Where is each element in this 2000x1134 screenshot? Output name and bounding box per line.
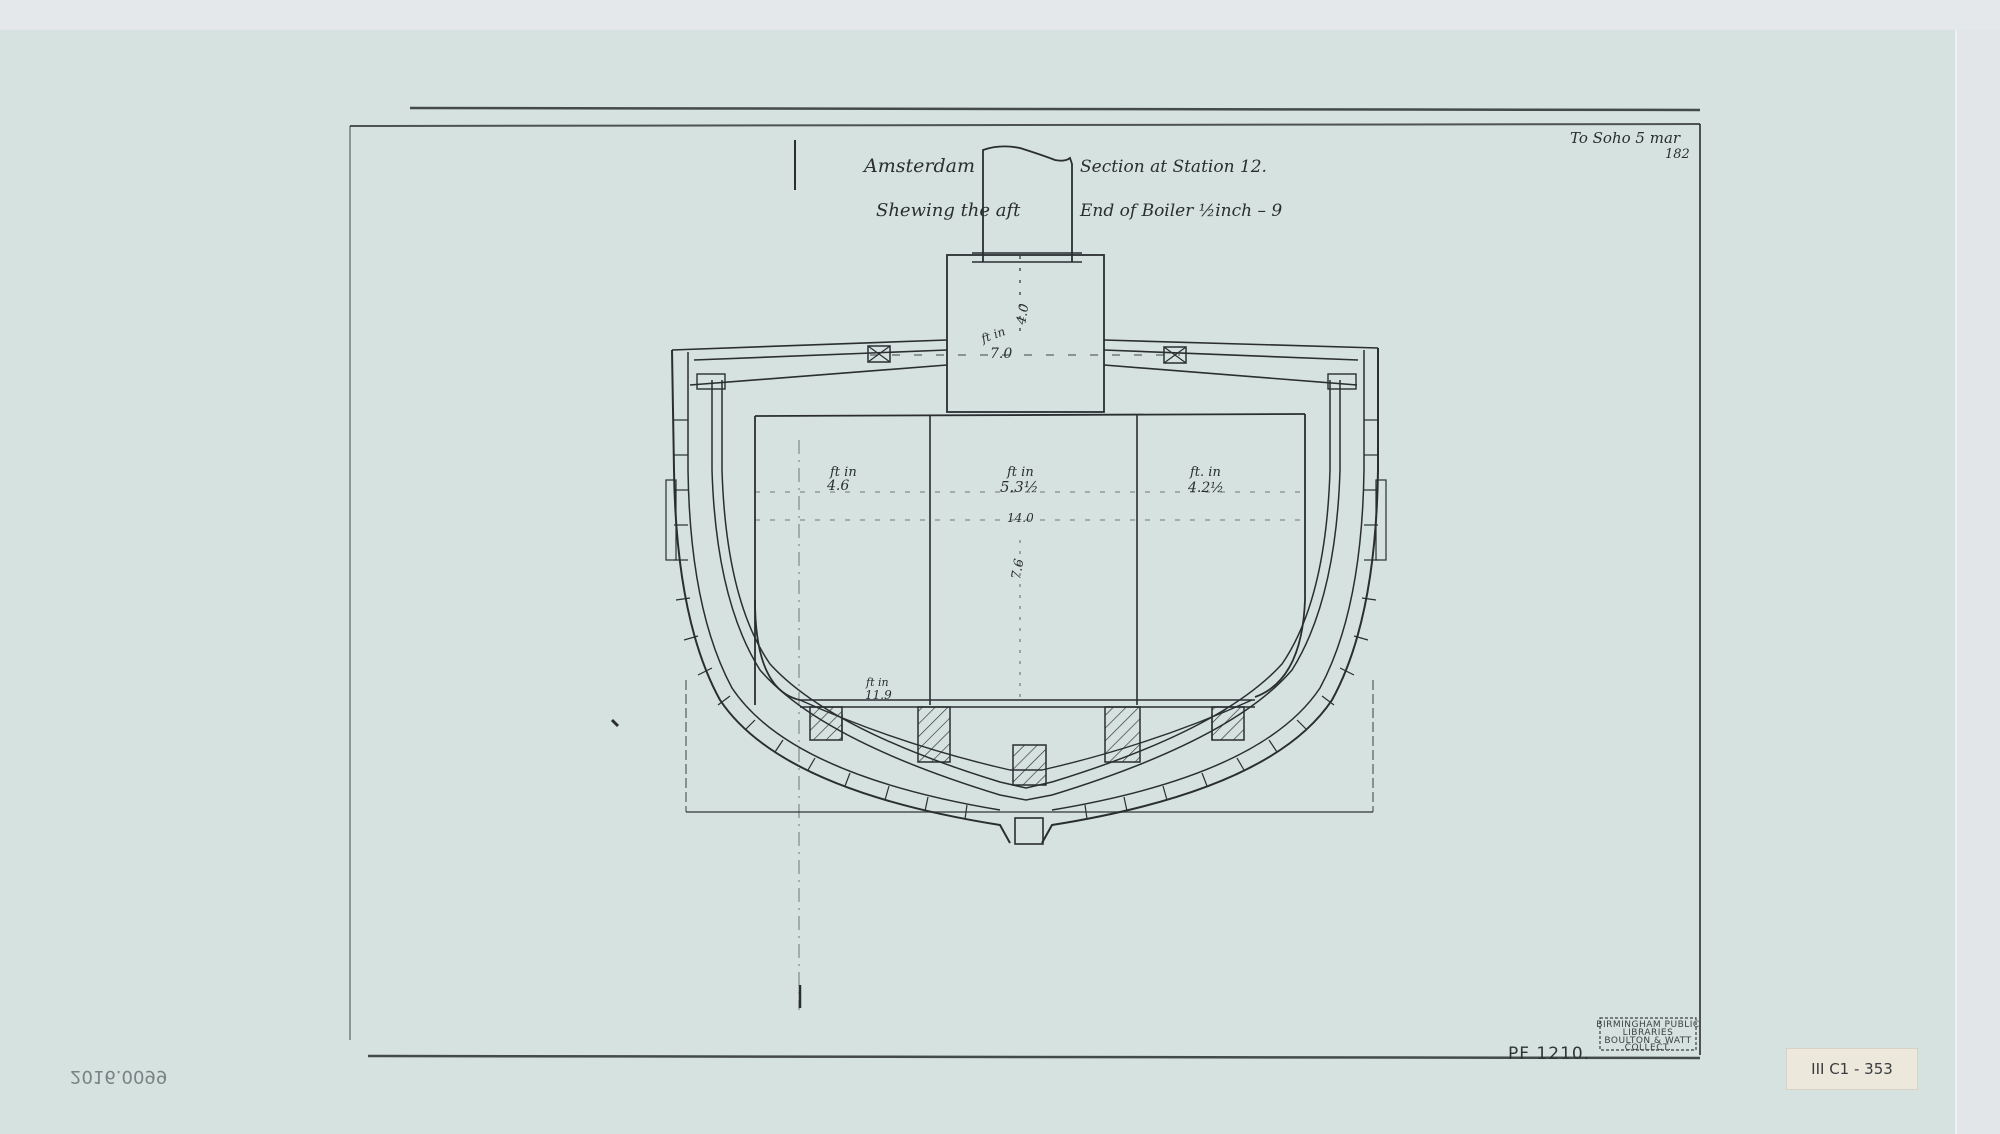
ink-smudge [612, 720, 618, 726]
centre-line [795, 140, 800, 1010]
uptake-box [870, 255, 1180, 412]
signature-line2: 182 [1665, 147, 1690, 162]
deck [672, 340, 1378, 389]
signature-line1: To Soho 5 mar [1570, 129, 1681, 147]
border-frame [350, 108, 1700, 1058]
title-line1-left: Amsterdam [862, 155, 975, 177]
signature: To Soho 5 mar 182 [1570, 129, 1690, 162]
floor-clearance: 11.9 [865, 688, 892, 702]
stamp-line4: COLLECT. [1625, 1043, 1672, 1053]
accession-number: 2016.0099 [70, 1066, 167, 1087]
library-stamp: BIRMINGHAM PUBLIC LIBRARIES BOULTON & WA… [1596, 1018, 1699, 1053]
title-line1-right: Section at Station 12. [1080, 157, 1267, 177]
hull-section-drawing: Amsterdam Section at Station 12. Shewing… [0, 0, 2000, 1134]
boiler-right: 4.2½ [1187, 480, 1224, 496]
funnel-width: 7.0 [990, 346, 1012, 362]
pf-reference: PF 1210. [1508, 1044, 1590, 1064]
boiler-center: 5.3½ [1000, 478, 1038, 496]
catalogue-label: III C1 - 353 [1786, 1048, 1918, 1090]
floor-timbers [810, 707, 1244, 785]
boiler-left: 4.6 [826, 478, 849, 494]
boiler-total-width: 14.0 [1007, 511, 1034, 525]
funnel-height: 4.0 [1014, 303, 1033, 327]
boiler-right-unit: ft. in [1189, 465, 1221, 480]
boiler-height: 7.6 [1009, 558, 1027, 581]
funnel-width-unit: ft in [978, 324, 1007, 346]
boiler [755, 414, 1305, 707]
title-line2-left: Shewing the aft [876, 200, 1021, 221]
title-line2-right: End of Boiler ½inch – 9 [1079, 201, 1282, 221]
